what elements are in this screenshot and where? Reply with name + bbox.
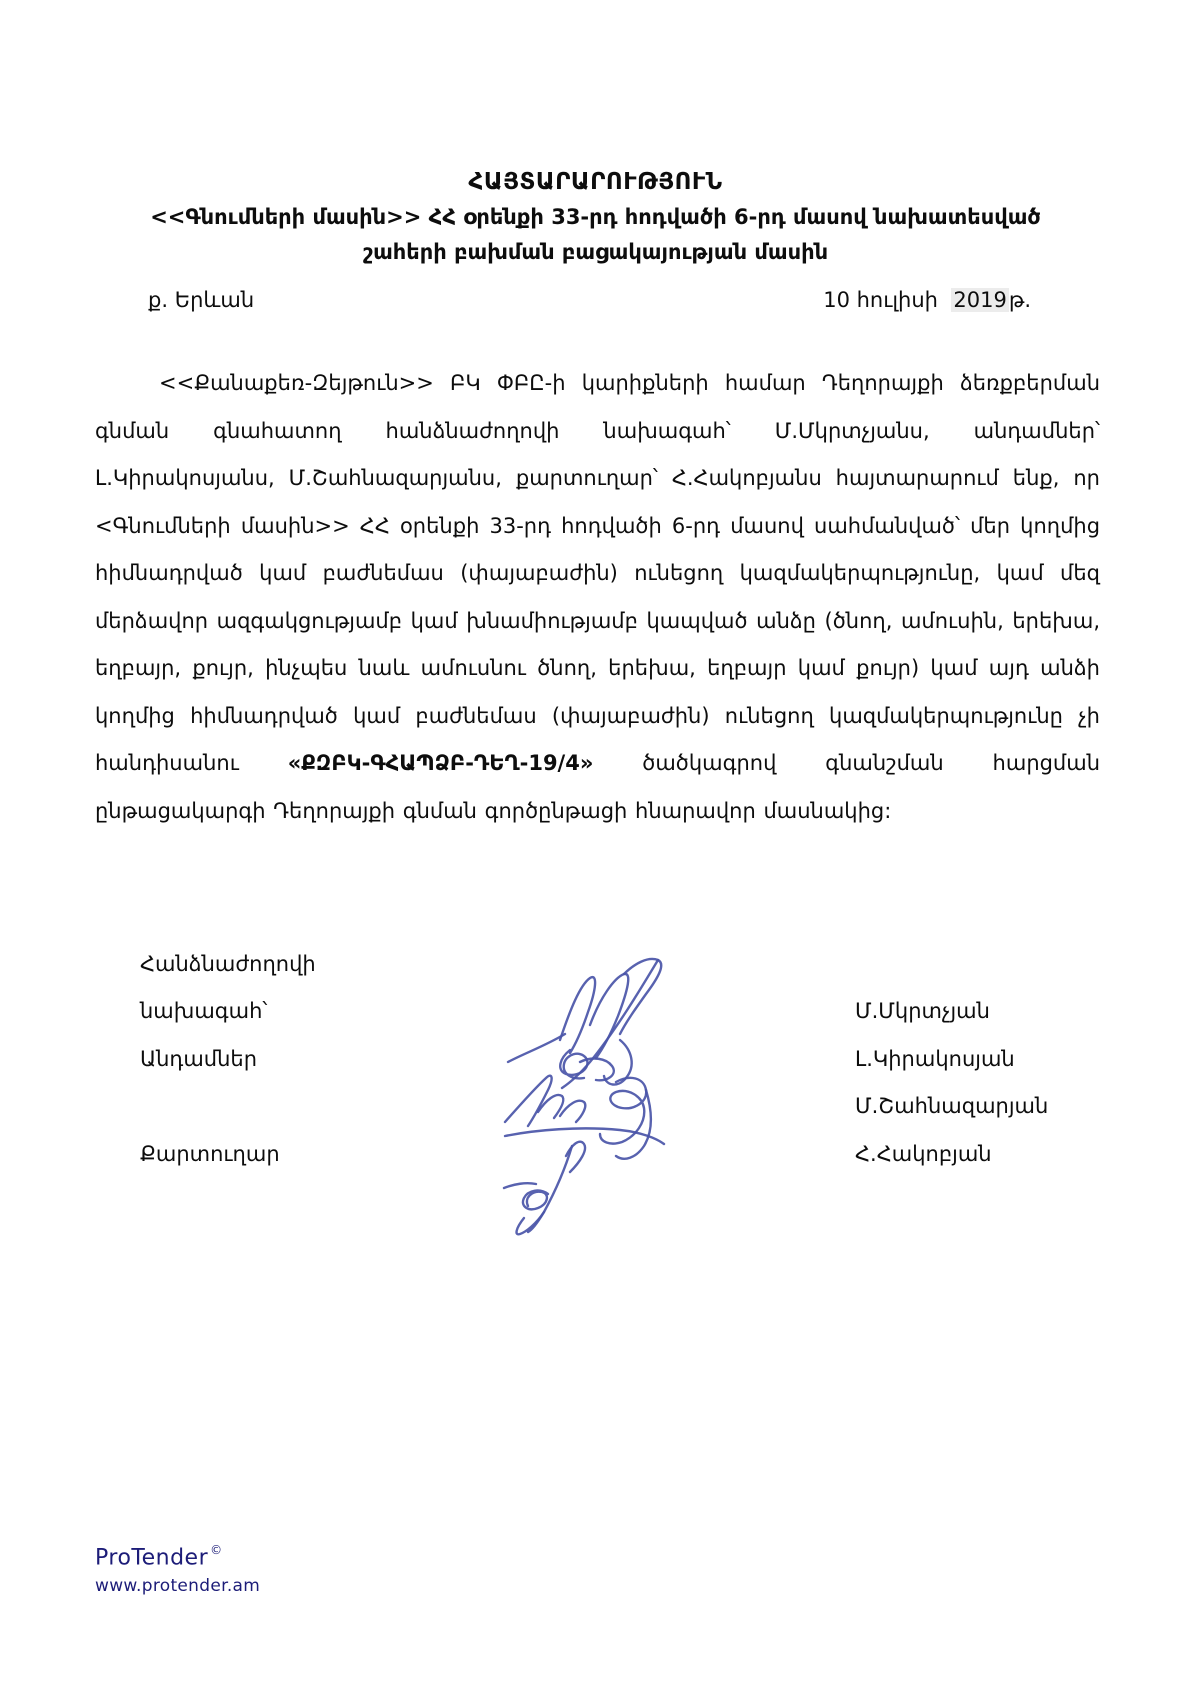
signatory-name: Մ.Շահնազարյան bbox=[855, 1094, 1100, 1118]
document-subtitle-line1: <<Գնումների մասին>> ՀՀ օրենքի 33-րդ հոդվ… bbox=[0, 200, 1191, 235]
brand-text: ProTender bbox=[95, 1545, 208, 1570]
signature-stroke bbox=[523, 1191, 548, 1210]
copyright-icon: © bbox=[210, 1543, 223, 1557]
signature-label: Անդամներ bbox=[140, 1047, 855, 1071]
declaration-text-part1: <<Քանաքեռ-Զեյթուն>> ԲԿ ՓԲԸ-ի կարիքների հ… bbox=[95, 371, 1100, 775]
footer-brand-block: ProTender© www.protender.am bbox=[95, 1545, 260, 1596]
signature-label: նախագահ՝ bbox=[140, 999, 855, 1023]
document-subtitle-line2: շահերի բախման բացակայության մասին bbox=[0, 235, 1191, 270]
signature-row: Անդամներ Լ.Կիրակոսյան bbox=[140, 1035, 1100, 1083]
brand-name: ProTender© bbox=[95, 1545, 260, 1570]
document-title: ՀԱՅՏԱՐԱՐՈՒԹՅՈՒՆ bbox=[0, 164, 1191, 200]
signatory-name: Մ.Մկրտչյան bbox=[855, 999, 1100, 1023]
signature-label: Քարտուղար bbox=[140, 1142, 855, 1166]
declaration-paragraph: <<Քանաքեռ-Զեյթուն>> ԲԿ ՓԲԸ-ի կարիքների հ… bbox=[95, 360, 1100, 835]
signatory-name: Հ.Հակոբյան bbox=[855, 1142, 1100, 1166]
procurement-code: «ՔԶԲԿ-ԳՀԱՊՁԲ-ԴԵՂ-19/4» bbox=[288, 751, 594, 775]
signature-row: Մ.Շահնազարյան bbox=[140, 1083, 1100, 1131]
signature-stroke bbox=[504, 1183, 536, 1188]
date-label: 10 հուլիսի 2019թ. bbox=[823, 288, 1031, 312]
signature-stroke bbox=[517, 1212, 544, 1234]
document-page: ՀԱՅՏԱՐԱՐՈՒԹՅՈՒՆ <<Գնումների մասին>> ՀՀ օ… bbox=[0, 0, 1191, 1684]
date-suffix: թ. bbox=[1009, 288, 1031, 312]
date-text: 10 հուլիսի bbox=[823, 288, 938, 312]
meta-row: ք. Երևան 10 հուլիսի 2019թ. bbox=[148, 288, 1031, 312]
signature-row: Քարտուղար Հ.Հակոբյան bbox=[140, 1130, 1100, 1178]
document-header: ՀԱՅՏԱՐԱՐՈՒԹՅՈՒՆ <<Գնումների մասին>> ՀՀ օ… bbox=[0, 164, 1191, 270]
signature-row: Հանձնաժողովի bbox=[140, 940, 1100, 988]
brand-website: www.protender.am bbox=[95, 1576, 260, 1596]
signature-row: նախագահ՝ Մ.Մկրտչյան bbox=[140, 988, 1100, 1036]
signature-section: Հանձնաժողովի նախագահ՝ Մ.Մկրտչյան Անդամնե… bbox=[140, 940, 1100, 1178]
signature-label: Հանձնաժողովի bbox=[140, 952, 855, 976]
date-year: 2019 bbox=[951, 288, 1008, 312]
city-label: ք. Երևան bbox=[148, 288, 254, 312]
signatory-name: Լ.Կիրակոսյան bbox=[855, 1047, 1100, 1071]
